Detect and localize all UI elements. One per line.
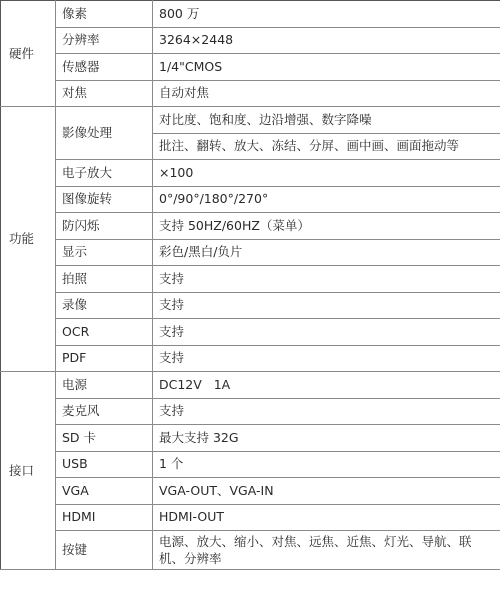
spec-value: 支持: [153, 345, 500, 372]
spec-name: 拍照: [56, 266, 153, 293]
table-row: 显示 彩色/黑白/负片: [1, 239, 500, 266]
table-row: 接口 电源 DC12V 1A: [1, 372, 500, 399]
spec-name: HDMI: [56, 504, 153, 531]
table-row: 对焦 自动对焦: [1, 80, 500, 107]
table-row: 麦克风 支持: [1, 398, 500, 425]
spec-name: OCR: [56, 319, 153, 346]
spec-name: 麦克风: [56, 398, 153, 425]
spec-name: 图像旋转: [56, 186, 153, 213]
spec-value: 支持: [153, 319, 500, 346]
table-row: 拍照 支持: [1, 266, 500, 293]
spec-value: 3264×2448: [153, 27, 500, 54]
spec-value: 彩色/黑白/负片: [153, 239, 500, 266]
spec-value: HDMI-OUT: [153, 504, 500, 531]
table-row: SD 卡 最大支持 32G: [1, 425, 500, 452]
table-row: 防闪烁 支持 50HZ/60HZ（菜单）: [1, 213, 500, 240]
table-row: 图像旋转 0°/90°/180°/270°: [1, 186, 500, 213]
table-row: 录像 支持: [1, 292, 500, 319]
table-row: 分辨率 3264×2448: [1, 27, 500, 54]
spec-value: 1 个: [153, 451, 500, 478]
spec-value: DC12V 1A: [153, 372, 500, 399]
spec-name: 对焦: [56, 80, 153, 107]
spec-name: 电源: [56, 372, 153, 399]
category-cell: 功能: [1, 107, 56, 372]
spec-name: 影像处理: [56, 107, 153, 160]
spec-name: SD 卡: [56, 425, 153, 452]
spec-name: PDF: [56, 345, 153, 372]
spec-value: 800 万: [153, 1, 500, 28]
spec-value: 电源、放大、缩小、对焦、远焦、近焦、灯光、导航、联机、分辨率: [153, 531, 500, 570]
spec-value: 对比度、饱和度、边沿增强、数字降噪: [153, 107, 500, 134]
spec-name: 像素: [56, 1, 153, 28]
spec-value: ×100: [153, 160, 500, 187]
spec-name: 分辨率: [56, 27, 153, 54]
table-row: 按键 电源、放大、缩小、对焦、远焦、近焦、灯光、导航、联机、分辨率: [1, 531, 500, 570]
spec-name: 传感器: [56, 54, 153, 81]
spec-value: VGA-OUT、VGA-IN: [153, 478, 500, 505]
table-row: 功能 影像处理 对比度、饱和度、边沿增强、数字降噪: [1, 107, 500, 134]
table-row: 传感器 1/4"CMOS: [1, 54, 500, 81]
table-row: HDMI HDMI-OUT: [1, 504, 500, 531]
spec-value: 0°/90°/180°/270°: [153, 186, 500, 213]
table-row: OCR 支持: [1, 319, 500, 346]
spec-name: 显示: [56, 239, 153, 266]
spec-name: 防闪烁: [56, 213, 153, 240]
spec-name: 按键: [56, 531, 153, 570]
spec-value: 1/4"CMOS: [153, 54, 500, 81]
table-row: 硬件 像素 800 万: [1, 1, 500, 28]
spec-name: VGA: [56, 478, 153, 505]
table-row: PDF 支持: [1, 345, 500, 372]
spec-value: 最大支持 32G: [153, 425, 500, 452]
spec-value: 支持 50HZ/60HZ（菜单）: [153, 213, 500, 240]
spec-name: 录像: [56, 292, 153, 319]
spec-value: 支持: [153, 398, 500, 425]
category-cell: 硬件: [1, 1, 56, 107]
spec-value: 支持: [153, 292, 500, 319]
table-row: VGA VGA-OUT、VGA-IN: [1, 478, 500, 505]
table-row: USB 1 个: [1, 451, 500, 478]
category-cell: 接口: [1, 372, 56, 570]
spec-value: 批注、翻转、放大、冻结、分屏、画中画、画面拖动等: [153, 133, 500, 160]
table-row: 电子放大 ×100: [1, 160, 500, 187]
spec-name: USB: [56, 451, 153, 478]
spec-table: 硬件 像素 800 万 分辨率 3264×2448 传感器 1/4"CMOS 对…: [0, 0, 500, 570]
spec-value: 支持: [153, 266, 500, 293]
spec-value: 自动对焦: [153, 80, 500, 107]
spec-name: 电子放大: [56, 160, 153, 187]
